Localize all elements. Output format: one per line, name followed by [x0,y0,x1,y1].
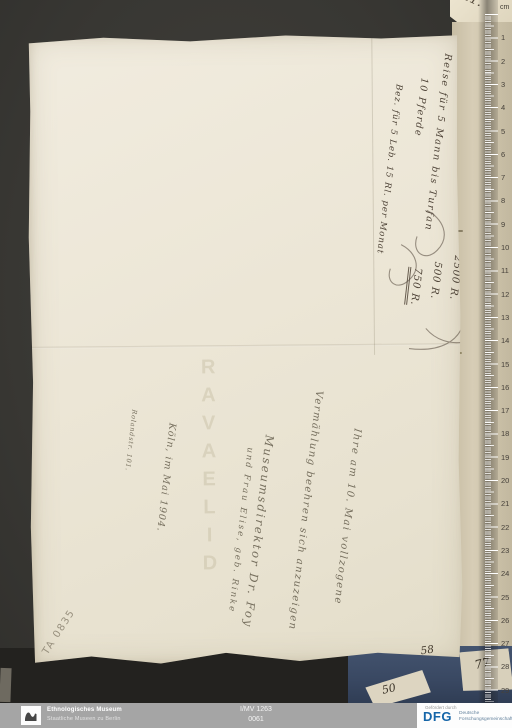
ruler-number: 3 [501,80,505,89]
ruler-number: 10 [501,243,509,252]
ruler-number: 14 [501,336,509,345]
ruler-number: 28 [501,662,509,671]
ruler-number: 6 [501,150,505,159]
ruler-number: 11 [501,266,509,275]
ruler-number: 9 [501,220,505,229]
ruler-number: 27 [501,639,509,648]
ruler-number: 7 [501,173,505,182]
ruler-number: 22 [501,523,509,532]
ruler-number: 19 [501,453,509,462]
ruler-number: 20 [501,476,509,485]
ruler-number: 21 [501,499,509,508]
ruler-number: 13 [501,313,509,322]
paper-watermark: RAVAELID [196,356,221,580]
ruler-number: 4 [501,103,505,112]
ruler-number: 16 [501,383,509,392]
ruler: cm 1234567891011121314151617181920212223… [478,0,512,703]
ruler-number: 23 [501,546,509,555]
ruler-number: 18 [501,429,509,438]
dfg-name-line1: Deutsche [459,711,479,716]
ruler-ticks [485,14,498,702]
ruler-number: 1 [501,33,505,42]
tab-number: 50 [381,681,398,697]
ruler-unit-label: cm [500,4,509,11]
ruler-number: 26 [501,616,509,625]
ruler-number: 17 [501,406,509,415]
ruler-number: 29 [501,686,509,695]
document-page: RAVAELID Reise für 5 Mann bis Turfan 10 … [25,32,464,666]
ruler-number: 12 [501,290,509,299]
ruler-number: 15 [501,360,509,369]
ruler-number: 5 [501,127,505,136]
ruler-number: 25 [501,593,509,602]
footer-bar: Ethnologisches Museum Staatliche Museen … [0,703,512,728]
dfg-name-line2: Forschungsgemeinschaft [459,717,512,722]
dfg-acronym: DFG [423,709,452,724]
ruler-number: 8 [501,196,505,205]
dfg-logo: Gefördert durch DFG Deutsche Forschungsg… [417,703,512,728]
scan-viewport: №1. 50 77 RAVAELID Reise für 5 Mann bis … [0,0,512,728]
ruler-number: 2 [501,57,505,66]
paper-sliver-bottom-left [0,668,12,702]
ruler-cm-ticks [485,14,498,702]
ruler-number: 24 [501,569,509,578]
